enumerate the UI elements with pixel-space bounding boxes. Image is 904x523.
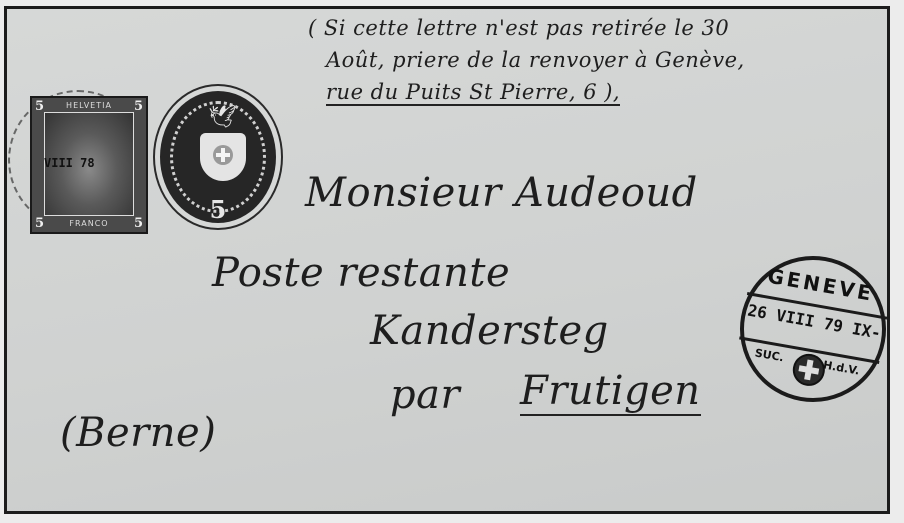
dove-icon: 🕊 xyxy=(208,105,236,130)
shield-icon xyxy=(200,133,246,181)
stamp-value-br: 5 xyxy=(134,216,143,231)
swiss-cross-icon xyxy=(213,145,233,165)
address-line-frutigen: Frutigen xyxy=(520,368,701,416)
address-line-town: Kandersteg xyxy=(370,308,609,354)
address-line-poste-restante: Poste restante xyxy=(212,250,510,296)
return-note-line-2: Août, priere de la renvoyer à Genève, xyxy=(326,48,745,72)
stamp-value-tr: 5 xyxy=(134,99,143,114)
recipient-name: Monsieur Audeoud xyxy=(305,170,698,216)
stamp-value-tl: 5 xyxy=(35,99,44,114)
stamp-bottom-label: FRANCO xyxy=(54,219,124,228)
stamp-value-bl: 5 xyxy=(35,216,44,231)
embossed-stamp-value: 5 xyxy=(160,195,276,224)
return-note-line-1: ( Si cette lettre n'est pas retirée le 3… xyxy=(308,16,729,40)
cancellation-date: VIII 78 xyxy=(44,156,95,170)
embossed-stamp: 🕊 5 xyxy=(153,84,283,230)
postmark-right-text: H.d.V. xyxy=(822,358,860,377)
stamp-top-label: HELVETIA xyxy=(54,101,124,110)
return-note-line-3: rue du Puits St Pierre, 6 ), xyxy=(326,80,620,106)
postmark-left-text: SUC. xyxy=(754,346,785,364)
address-line-par: par xyxy=(390,372,460,418)
address-canton: (Berne) xyxy=(60,410,216,456)
